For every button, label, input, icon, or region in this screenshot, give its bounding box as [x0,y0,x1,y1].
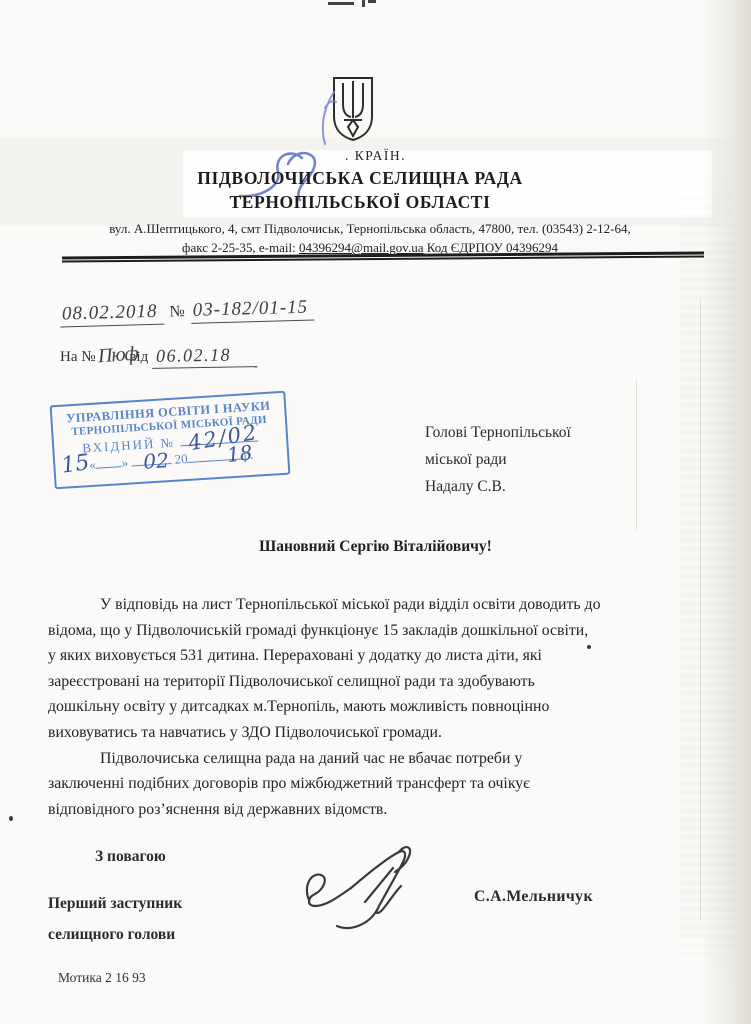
handwritten-ref-scribble: Пюф [97,343,138,369]
scan-speck [9,816,13,821]
letter-number-handwritten: 03-182/01-15 [190,296,314,323]
pen-mark-icon [312,88,342,150]
reply-reference-line: На №Пюфвід 06.02.18 [60,344,257,368]
bleed-through-line [636,380,637,530]
address-line2-prefix: факс 2-25-35, e-mail: [182,240,299,255]
signer-name: С.А.Мельничук [474,888,593,906]
body-paragraph-2: Підволочиська селищна рада на даний час … [48,746,710,823]
organization-name-line2: ТЕРНОПІЛЬСЬКОЇ ОБЛАСТІ [0,192,720,213]
bleed-through-artifact [679,170,737,990]
organization-name-line1: ПІДВОЛОЧИСЬКА СЕЛИЩНА РАДА [0,168,720,189]
recipient-block: Голові Тернопільської міської ради Надал… [425,419,571,500]
incoming-registration-stamp: УПРАВЛІННЯ ОСВІТИ І НАУКИ ТЕРНОПІЛЬСЬКОЇ… [50,391,291,490]
stamp-quote-close: » [121,455,128,470]
stamp-month-handwritten: 02 [143,448,170,474]
email-address: 04396294@mail.gov.ua [299,240,424,255]
stamp-year-handwritten: 18 [226,440,254,467]
stamp-day-handwritten: 15 [60,450,91,478]
number-sign: № [169,303,185,321]
salutation: Шановний Сергію Віталійовичу! [0,538,751,556]
address-line1: вул. А.Шептицького, 4, смт Підволочиськ,… [0,221,740,237]
executor-note: Мотика 2 16 93 [58,970,146,986]
closing-regards: З повагою [95,848,166,866]
scanned-letter-page: . КРАЇН. ПІДВОЛОЧИСЬКА СЕЛИЩНА РАДА ТЕРН… [0,0,751,1024]
country-label: . КРАЇН. [0,148,751,164]
letter-date-handwritten: 08.02.2018 [60,301,164,328]
body-paragraph-1: У відповідь на лист Тернопільської міськ… [48,592,710,746]
signature-icon [295,842,445,942]
reply-date-handwritten: 06.02.18 [152,344,257,369]
reply-prefix: На № [60,349,96,365]
stamp-year-prefix: 20 [174,451,188,467]
signer-position: Перший заступник селищного голови [48,888,182,950]
scan-cutoff-artifact [328,0,408,8]
outgoing-reference-line: 08.02.2018№03-182/01-15 [60,296,315,327]
scan-speck [587,645,591,649]
letter-body: У відповідь на лист Тернопільської міськ… [48,592,710,822]
